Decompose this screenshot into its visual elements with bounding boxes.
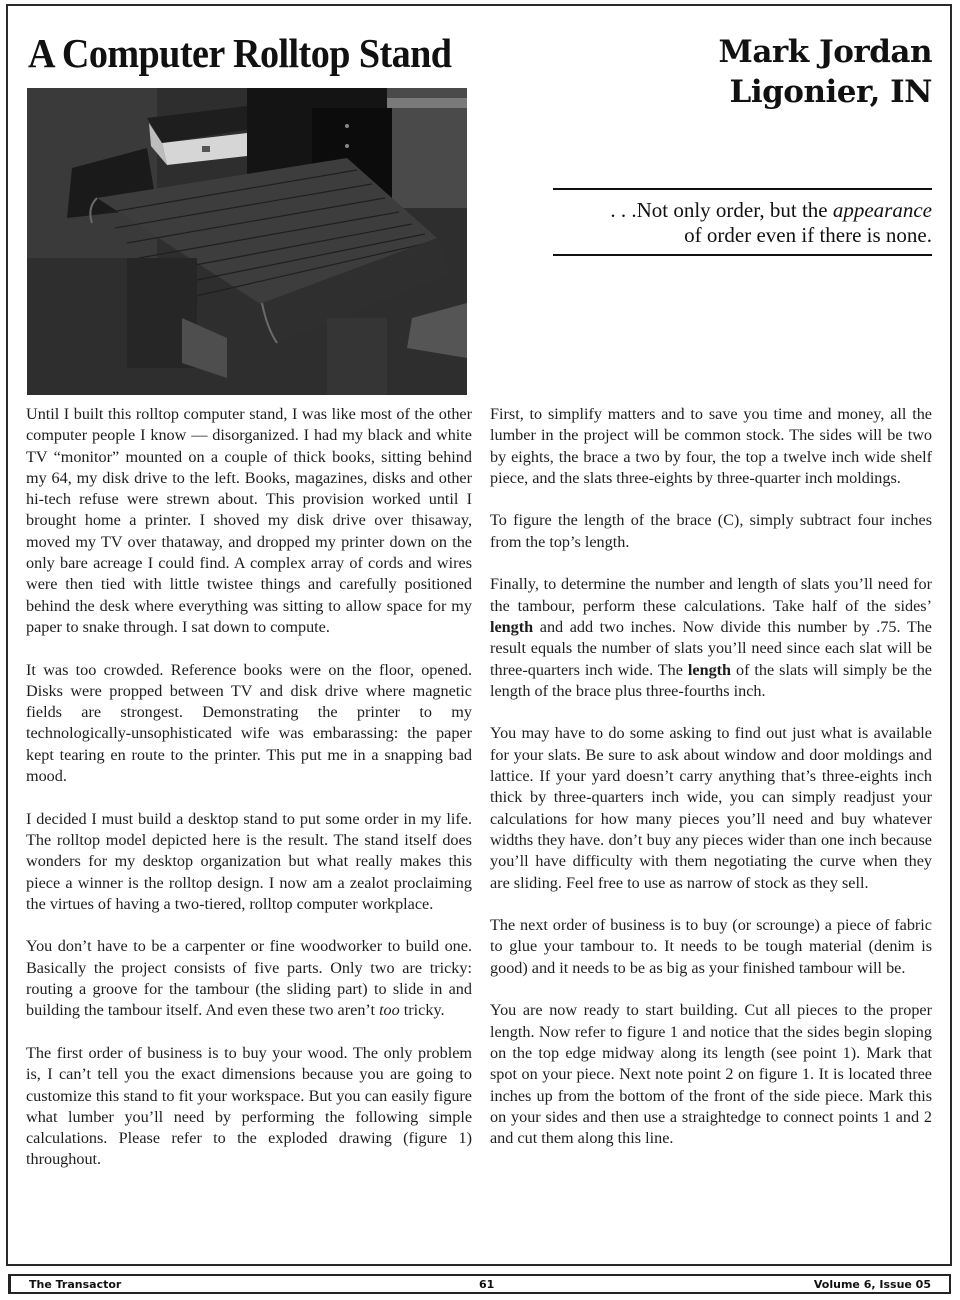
page-footer: The Transactor 61 Volume 6, Issue 05 [8, 1274, 951, 1294]
rolltop-stand-photo [27, 88, 467, 395]
author-location: Ligonier, IN [719, 72, 932, 112]
page-number: 61 [479, 1278, 494, 1291]
author-name: Mark Jordan [719, 32, 932, 72]
pull-quote: . . .Not only order, but the appearance … [553, 188, 932, 256]
paragraph: I decided I must build a desktop stand t… [26, 809, 472, 915]
paragraph: Until I built this rolltop computer stan… [26, 404, 472, 638]
right-column: First, to simplify matters and to save y… [490, 404, 932, 1171]
pull-quote-line-2: of order even if there is none. [553, 223, 932, 248]
left-column: Until I built this rolltop computer stan… [26, 404, 472, 1192]
paragraph: Finally, to determine the number and len… [490, 574, 932, 702]
paragraph: The first order of business is to buy yo… [26, 1043, 472, 1171]
issue-label: Volume 6, Issue 05 [814, 1278, 931, 1291]
paragraph: To figure the length of the brace (C), s… [490, 510, 932, 553]
photo-illustration [27, 88, 467, 395]
paragraph: It was too crowded. Reference books were… [26, 660, 472, 788]
paragraph: You are now ready to start building. Cut… [490, 1000, 932, 1149]
paragraph: You may have to do some asking to find o… [490, 723, 932, 893]
byline: Mark Jordan Ligonier, IN [719, 32, 932, 112]
paragraph: You don’t have to be a carpenter or fine… [26, 936, 472, 1021]
publication-name: The Transactor [29, 1278, 121, 1291]
article-title: A Computer Rolltop Stand [28, 30, 451, 76]
pull-quote-line-1: . . .Not only order, but the appearance [553, 198, 932, 223]
paragraph: First, to simplify matters and to save y… [490, 404, 932, 489]
paragraph: The next order of business is to buy (or… [490, 915, 932, 979]
